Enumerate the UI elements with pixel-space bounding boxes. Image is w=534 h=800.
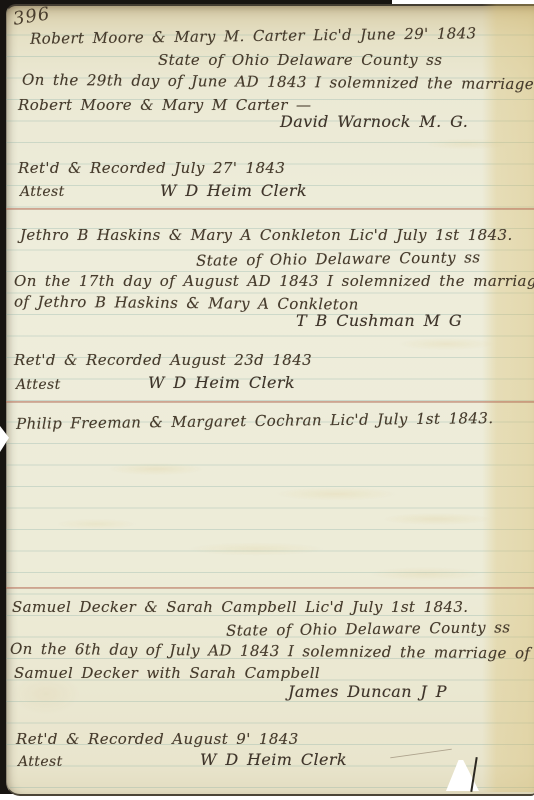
- entry-separator-rule-3: [6, 587, 534, 589]
- entry2-heading: Jethro B Haskins & Mary A Conkleton Lic'…: [20, 226, 513, 244]
- entry-separator-rule-1: [6, 208, 534, 210]
- entry4-recorded-line: Ret'd & Recorded August 9' 1843: [16, 730, 299, 748]
- scanned-ledger-screenshot: 396 Robert Moore & Mary M. Carter Lic'd …: [0, 0, 534, 800]
- entry2-clerk-signature: W D Heim Clerk: [148, 373, 295, 392]
- entry1-recorded-line: Ret'd & Recorded July 27' 1843: [18, 159, 285, 177]
- entry1-state-line: State of Ohio Delaware County ss: [158, 51, 442, 69]
- entry2-state-line: State of Ohio Delaware County ss: [196, 248, 481, 269]
- entry1-attest-label: Attest: [20, 184, 65, 200]
- entry2-body-line1: On the 17th day of August AD 1843 I sole…: [14, 272, 534, 290]
- entry1-body-line2: Robert Moore & Mary M Carter —: [18, 96, 311, 114]
- entry4-heading: Samuel Decker & Sarah Campbell Lic'd Jul…: [12, 598, 468, 616]
- entry2-attest-label: Attest: [16, 377, 61, 393]
- entry4-attest-label: Attest: [18, 754, 63, 770]
- entry4-clerk-signature: W D Heim Clerk: [200, 750, 347, 769]
- entry2-recorded-line: Ret'd & Recorded August 23d 1843: [14, 351, 312, 369]
- entry1-clerk-signature: W D Heim Clerk: [160, 181, 307, 200]
- entry4-state-line: State of Ohio Delaware County ss: [226, 618, 511, 639]
- entry2-officiant-signature: T B Cushman M G: [296, 311, 462, 330]
- entry1-officiant-signature: David Warnock M. G.: [280, 112, 468, 131]
- entry-separator-rule-2: [6, 401, 534, 403]
- entry4-body-line2: Samuel Decker with Sarah Campbell: [14, 664, 320, 682]
- entry4-officiant-signature: James Duncan J P: [288, 682, 447, 701]
